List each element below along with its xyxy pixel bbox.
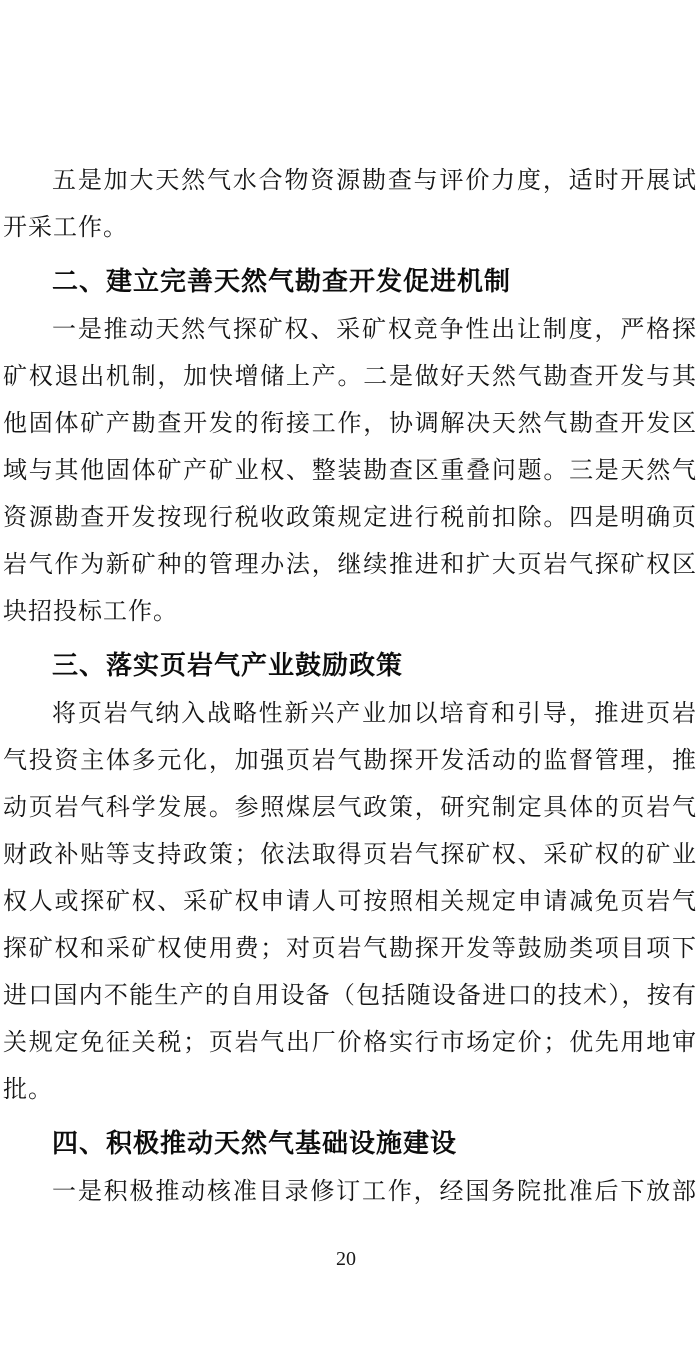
text-line: 关规定免征关税；页岩气出厂价格实行市场定价；优先用地审 [3, 1020, 696, 1067]
section-heading: 四、积极推动天然气基础设施建设 [3, 1120, 696, 1167]
section-heading: 三、落实页岩气产业鼓励政策 [3, 642, 696, 689]
page-number: 20 [0, 1248, 692, 1271]
section-heading: 二、建立完善天然气勘查开发促进机制 [3, 258, 696, 305]
document-page: 五是加大天然气水合物资源勘查与评价力度，适时开展试开采工作。二、建立完善天然气勘… [0, 0, 700, 1358]
text-line: 五是加大天然气水合物资源勘查与评价力度，适时开展试 [3, 158, 696, 205]
text-line: 财政补贴等支持政策；依法取得页岩气探矿权、采矿权的矿业 [3, 832, 696, 879]
text-line: 气投资主体多元化，加强页岩气勘探开发活动的监督管理，推 [3, 738, 696, 785]
text-line: 矿权退出机制，加快增储上产。二是做好天然气勘查开发与其 [3, 354, 696, 401]
text-line: 资源勘查开发按现行税收政策规定进行税前扣除。四是明确页 [3, 495, 696, 542]
text-line: 批。 [3, 1067, 696, 1114]
text-line: 一是推动天然气探矿权、采矿权竞争性出让制度，严格探 [3, 307, 696, 354]
text-line: 探矿权和采矿权使用费；对页岩气勘探开发等鼓励类项目项下 [3, 926, 696, 973]
document-body: 五是加大天然气水合物资源勘查与评价力度，适时开展试开采工作。二、建立完善天然气勘… [3, 158, 696, 1216]
text-line: 岩气作为新矿种的管理办法，继续推进和扩大页岩气探矿权区 [3, 542, 696, 589]
text-line: 动页岩气科学发展。参照煤层气政策，研究制定具体的页岩气 [3, 785, 696, 832]
text-line: 块招投标工作。 [3, 589, 696, 636]
text-line: 一是积极推动核准目录修订工作，经国务院批准后下放部 [3, 1169, 696, 1216]
text-line: 进口国内不能生产的自用设备（包括随设备进口的技术），按有 [3, 973, 696, 1020]
text-line: 他固体矿产勘查开发的衔接工作，协调解决天然气勘查开发区 [3, 401, 696, 448]
text-line: 权人或探矿权、采矿权申请人可按照相关规定申请减免页岩气 [3, 879, 696, 926]
text-line: 开采工作。 [3, 205, 696, 252]
text-line: 域与其他固体矿产矿业权、整装勘查区重叠问题。三是天然气 [3, 448, 696, 495]
text-line: 将页岩气纳入战略性新兴产业加以培育和引导，推进页岩 [3, 691, 696, 738]
